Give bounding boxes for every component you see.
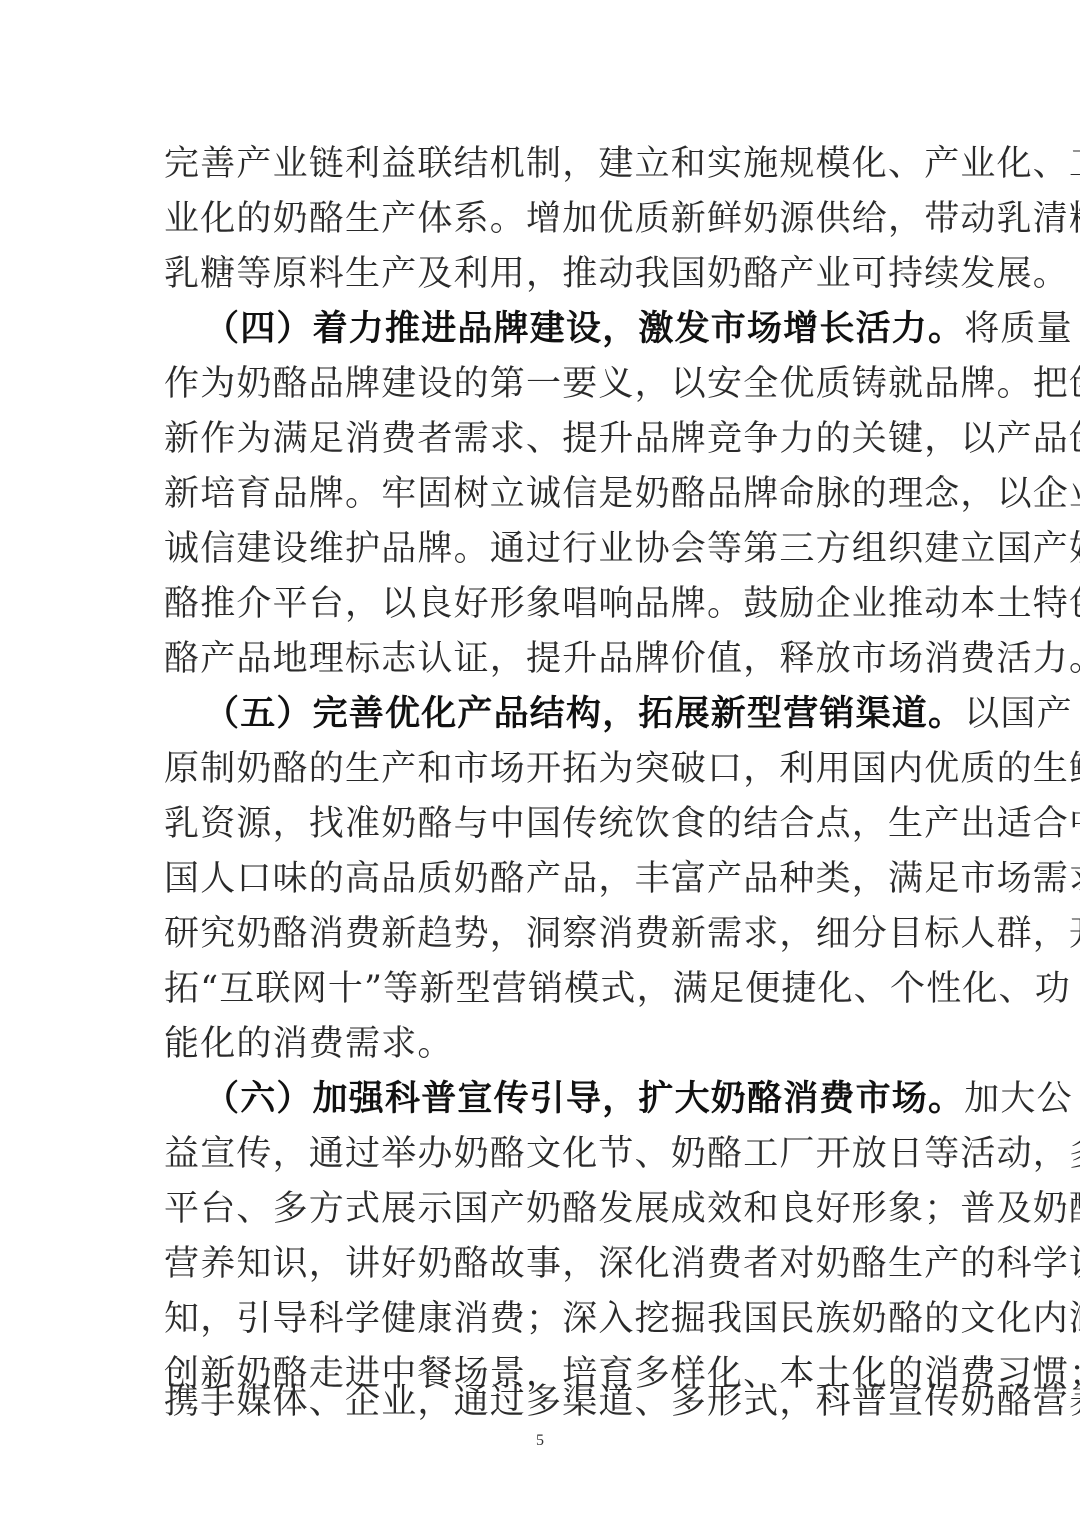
section-heading: （六）加强科普宣传引导，扩大奶酪消费市场。 [204,1078,964,1119]
section-heading: （五）完善优化产品结构，拓展新型营销渠道。 [204,693,964,734]
text-line: 乳糖等原料生产及利用，推动我国奶酪产业可持续发展。 [164,252,916,296]
text-line: 乳资源，找准奶酪与中国传统饮食的结合点，生产出适合中 [164,802,916,846]
text-line: 研究奶酪消费新趋势，洞察消费新需求，细分目标人群，开 [164,912,916,956]
section-heading: （四）着力推进品牌建设，激发市场增长活力。 [204,308,964,349]
text-line: 业化的奶酪生产体系。增加优质新鲜奶源供给，带动乳清粉、 [164,197,916,241]
text-run: 将质量 [964,309,1073,349]
document-page: 完善产业链利益联结机制，建立和实施规模化、产业化、工 业化的奶酪生产体系。增加优… [0,0,1080,1527]
text-line: 原制奶酪的生产和市场开拓为突破口，利用国内优质的生鲜 [164,747,916,791]
text-line: 平台、多方式展示国产奶酪发展成效和良好形象；普及奶酪 [164,1187,916,1231]
page-number: 5 [0,1432,1080,1450]
text-line: 诚信建设维护品牌。通过行业协会等第三方组织建立国产奶 [164,527,916,571]
text-line: 酪产品地理标志认证，提升品牌价值，释放市场消费活力。 [164,637,916,681]
text-line: 新培育品牌。牢固树立诚信是奶酪品牌命脉的理念，以企业 [164,472,916,516]
text-run: 加大公 [964,1079,1073,1119]
section-heading-line: （六）加强科普宣传引导，扩大奶酪消费市场。加大公 [204,1077,916,1121]
text-line: 国人口味的高品质奶酪产品，丰富产品种类，满足市场需求。 [164,857,916,901]
text-line: 作为奶酪品牌建设的第一要义，以安全优质铸就品牌。把创 [164,362,916,406]
text-run: 以国产 [964,694,1073,734]
section-heading-line: （四）着力推进品牌建设，激发市场增长活力。将质量 [204,307,916,351]
text-line: 知，引导科学健康消费；深入挖掘我国民族奶酪的文化内涵， [164,1297,916,1341]
section-heading-line: （五）完善优化产品结构，拓展新型营销渠道。以国产 [204,692,916,736]
text-line: 益宣传，通过举办奶酪文化节、奶酪工厂开放日等活动，多 [164,1132,916,1176]
text-line: 营养知识，讲好奶酪故事，深化消费者对奶酪生产的科学认 [164,1242,916,1286]
text-line: 新作为满足消费者需求、提升品牌竞争力的关键，以产品创 [164,417,916,461]
text-line: 拓“互联网十”等新型营销模式，满足便捷化、个性化、功 [164,967,916,1011]
text-line: 酪推介平台，以良好形象唱响品牌。鼓励企业推动本土特色奶 [164,582,916,626]
text-line: 携手媒体、企业，通过多渠道、多形式，科普宣传奶酪营养 [164,1380,916,1424]
text-line: 能化的消费需求。 [164,1022,916,1066]
text-line: 完善产业链利益联结机制，建立和实施规模化、产业化、工 [164,142,916,186]
